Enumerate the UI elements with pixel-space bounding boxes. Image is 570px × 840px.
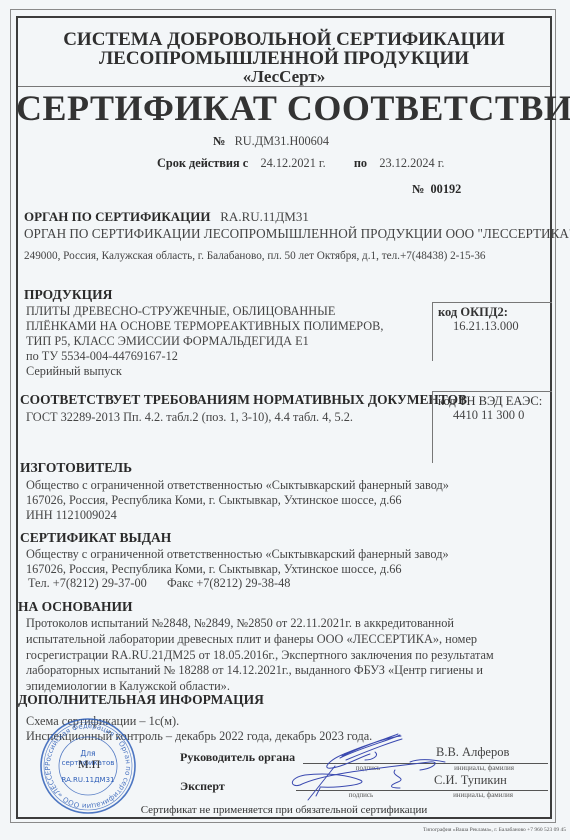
blank-number: 00192 bbox=[431, 182, 462, 196]
expert-label: Эксперт bbox=[180, 779, 225, 794]
certificate-title: СЕРТИФИКАТ СООТВЕТСТВИЯ bbox=[16, 88, 552, 128]
product-line: ПЛИТЫ ДРЕВЕСНО-СТРУЖЕЧНЫЕ, ОБЛИЦОВАННЫЕ bbox=[26, 303, 335, 319]
issued-to-fax: Факс +7(8212) 29-38-48 bbox=[167, 576, 290, 590]
issued-to-phone: Тел. +7(8212) 29-37-00 bbox=[28, 576, 147, 590]
issued-to-contacts: Тел. +7(8212) 29-37-00 Факс +7(8212) 29-… bbox=[28, 575, 290, 591]
manufacturer-line: Общество с ограниченной ответственностью… bbox=[26, 477, 449, 493]
tnved-label: код ТН ВЭД ЕАЭС: bbox=[438, 394, 542, 408]
tnved-code-box: код ТН ВЭД ЕАЭС: 4410 11 300 0 bbox=[432, 391, 552, 463]
printer-imprint: Типография «Ваша Реклама», г. Балабаново… bbox=[423, 827, 566, 833]
issued-to-line: Обществу с ограниченной ответственностью… bbox=[26, 546, 449, 562]
compliance-standards: ГОСТ 32289-2013 Пп. 4.2. табл.2 (поз. 1,… bbox=[26, 409, 353, 425]
valid-to-label: по bbox=[354, 156, 367, 170]
validity-row: Срок действия с 24.12.2021 г. по 23.12.2… bbox=[157, 155, 445, 171]
compliance-section-label: СООТВЕТСТВУЕТ ТРЕБОВАНИЯМ НОРМАТИВНЫХ ДО… bbox=[20, 392, 467, 408]
basis-line: Протоколов испытаний №2848, №2849, №2850… bbox=[26, 615, 454, 631]
footer-note: Сертификат не применяется при обязательн… bbox=[16, 804, 552, 816]
product-line: ТИП Р5, КЛАСС ЭМИССИИ ФОРМАЛЬДЕГИДА Е1 bbox=[26, 333, 309, 349]
tnved-value: 4410 11 300 0 bbox=[438, 408, 552, 422]
number-label: № bbox=[213, 134, 225, 148]
registration-number: RU.ДМ31.Н00604 bbox=[235, 134, 329, 148]
okpd2-code-box: код ОКПД2: 16.21.13.000 bbox=[432, 302, 552, 361]
registration-number-row: № RU.ДМ31.Н00604 bbox=[213, 133, 329, 149]
blank-number-label: № bbox=[412, 182, 424, 196]
certification-body-label: ОРГАН ПО СЕРТИФИКАЦИИ bbox=[24, 209, 211, 224]
okpd2-value: 16.21.13.000 bbox=[438, 319, 552, 333]
certification-body-address: 249000, Россия, Калужская область, г. Ба… bbox=[24, 250, 486, 262]
basis-line: лабораторных испытаний № 18288 от 14.12.… bbox=[26, 662, 483, 678]
system-title-line1: СИСТЕМА ДОБРОВОЛЬНОЙ СЕРТИФИКАЦИИ bbox=[16, 30, 552, 50]
additional-section-label: ДОПОЛНИТЕЛЬНАЯ ИНФОРМАЦИЯ bbox=[18, 692, 264, 708]
issued-to-section-label: СЕРТИФИКАТ ВЫДАН bbox=[20, 530, 171, 546]
blank-number-row: № 00192 bbox=[412, 181, 461, 197]
mp-label: М.П bbox=[78, 757, 100, 772]
okpd2-label: код ОКПД2: bbox=[438, 305, 508, 319]
product-line: Серийный выпуск bbox=[26, 363, 122, 379]
valid-from: 24.12.2021 г. bbox=[261, 156, 326, 170]
header-divider bbox=[18, 86, 550, 87]
certification-body-name: ОРГАН ПО СЕРТИФИКАЦИИ ЛЕСОПРОМЫШЛЕННОЙ П… bbox=[24, 226, 570, 242]
basis-line: испытательной лаборатории древесных плит… bbox=[26, 631, 477, 647]
manufacturer-section-label: ИЗГОТОВИТЕЛЬ bbox=[20, 460, 132, 476]
basis-line: госрегистрации RA.RU.21ДМ25 от 18.05.201… bbox=[26, 647, 494, 663]
system-brand: «ЛесСерт» bbox=[16, 68, 552, 86]
product-line: ПЛЁНКАМИ НА ОСНОВЕ ТЕРМОРЕАКТИВНЫХ ПОЛИМ… bbox=[26, 318, 383, 334]
handwritten-signatures-icon bbox=[280, 730, 460, 810]
valid-to: 23.12.2024 г. bbox=[379, 156, 444, 170]
manufacturer-line: 167026, Россия, Республика Коми, г. Сыкт… bbox=[26, 492, 402, 508]
product-line: по ТУ 5534-004-44769167-12 bbox=[26, 348, 178, 364]
head-of-body-label: Руководитель органа bbox=[180, 750, 295, 765]
basis-section-label: НА ОСНОВАНИИ bbox=[18, 599, 132, 615]
certification-body-code: RA.RU.11ДМ31 bbox=[220, 209, 309, 224]
certification-body-heading: ОРГАН ПО СЕРТИФИКАЦИИ RA.RU.11ДМ31 bbox=[24, 209, 309, 225]
svg-text:RA.RU.11ДМ31: RA.RU.11ДМ31 bbox=[61, 776, 114, 784]
manufacturer-inn: ИНН 1121009024 bbox=[26, 507, 117, 523]
product-section-label: ПРОДУКЦИЯ bbox=[24, 287, 112, 303]
system-title-line2: ЛЕСОПРОМЫШЛЕННОЙ ПРОДУКЦИИ bbox=[16, 49, 552, 69]
validity-label: Срок действия с bbox=[157, 156, 248, 170]
